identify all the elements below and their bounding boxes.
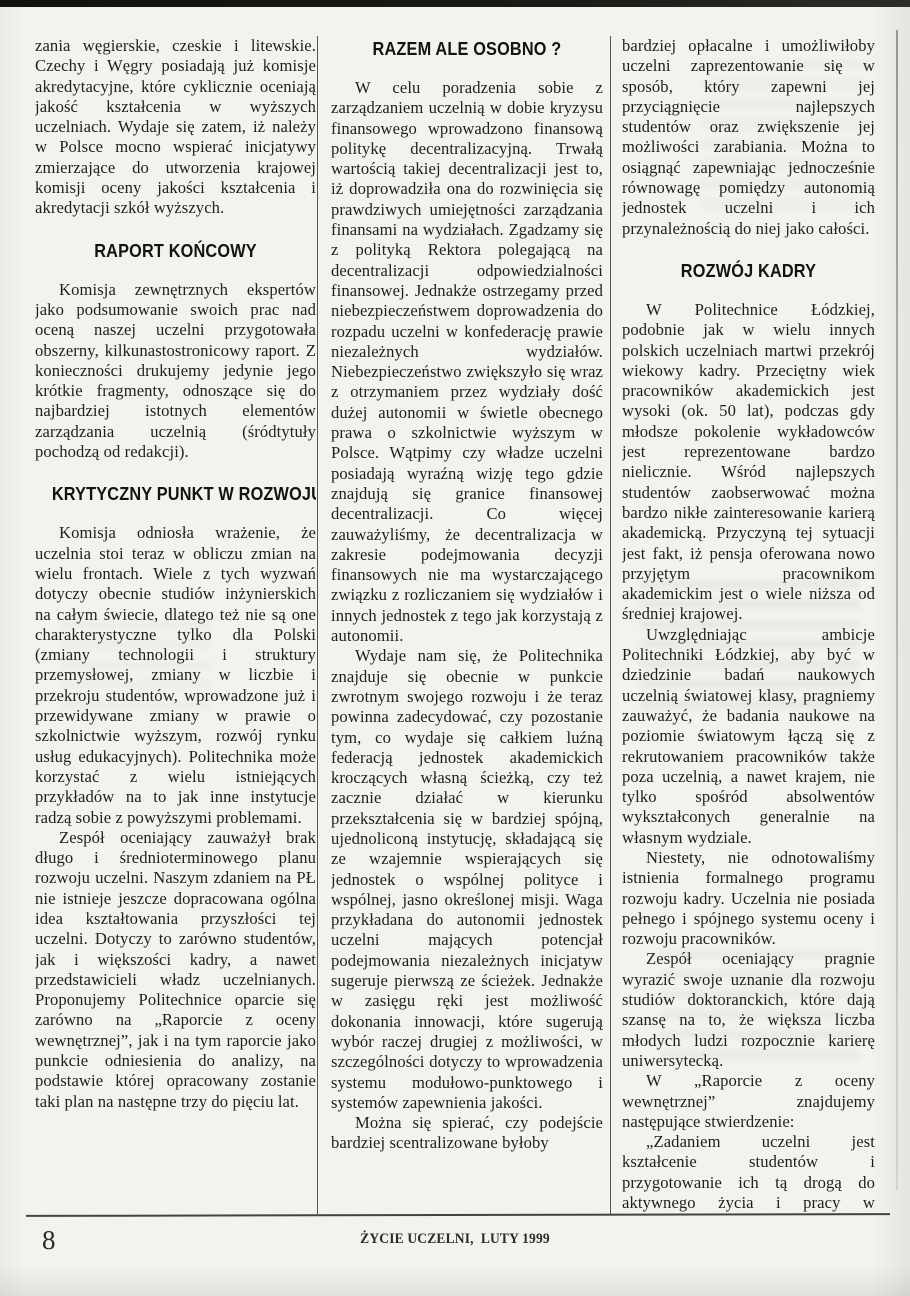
paragraph: Wydaje nam się, że Politechnika znajduje… bbox=[331, 646, 603, 1113]
scanned-magazine-page: zania węgierskie, czeskie i litewskie. C… bbox=[0, 0, 910, 1296]
heading-krytyczny-punkt-w-rozwoju: KRYTYCZNY PUNKT W ROZWOJU bbox=[52, 483, 299, 504]
paragraph: Niestety, nie odnotowaliśmy istnienia fo… bbox=[622, 848, 875, 949]
scan-edge-right-line bbox=[896, 30, 898, 1190]
column-3: bardziej opłacalne i umożliwiłoby uczeln… bbox=[622, 36, 875, 1214]
paragraph: Uwzględniając ambicje Politechniki Łódzk… bbox=[622, 625, 875, 848]
column-divider-left bbox=[317, 36, 318, 1214]
heading-razem-ale-osobno: RAZEM ALE OSOBNO ? bbox=[347, 38, 586, 59]
paragraph: W Politechnice Łódzkiej, podobnie jak w … bbox=[622, 300, 875, 625]
paragraph: Komisja odniosła wrażenie, że uczelnia s… bbox=[35, 523, 316, 827]
paragraph: Zespół oceniający zauważył brak długo i … bbox=[35, 828, 316, 1112]
paragraph: „Zadaniem uczelni jest kształcenie stude… bbox=[622, 1132, 875, 1214]
column-1: zania węgierskie, czeskie i litewskie. C… bbox=[35, 36, 316, 1214]
paragraph: bardziej opłacalne i umożliwiłoby uczeln… bbox=[622, 36, 875, 239]
heading-raport-koncowy: RAPORT KOŃCOWY bbox=[52, 240, 299, 261]
paragraph: W celu poradzenia sobie z zarządzaniem u… bbox=[331, 78, 603, 646]
column-divider-right bbox=[610, 36, 611, 1214]
paragraph: zania węgierskie, czeskie i litewskie. C… bbox=[35, 36, 316, 219]
column-2: RAZEM ALE OSOBNO ? W celu poradzenia sob… bbox=[331, 36, 603, 1214]
paragraph: W „Raporcie z oceny wewnętrznej” znajduj… bbox=[622, 1071, 875, 1132]
paragraph: Można się spierać, czy podejście bardzie… bbox=[331, 1113, 603, 1154]
paragraph: Zespół oceniający pragnie wyrazić swoje … bbox=[622, 949, 875, 1071]
paragraph: Komisja zewnętrznych ekspertów jako pods… bbox=[35, 280, 316, 463]
scan-edge-top-bar bbox=[0, 0, 910, 7]
footer-rule bbox=[26, 1213, 890, 1217]
heading-rozwoj-kadry: ROZWÓJ KADRY bbox=[637, 260, 860, 281]
journal-title-footer: ŻYCIE UCZELNI, LUTY 1999 bbox=[46, 1231, 865, 1248]
